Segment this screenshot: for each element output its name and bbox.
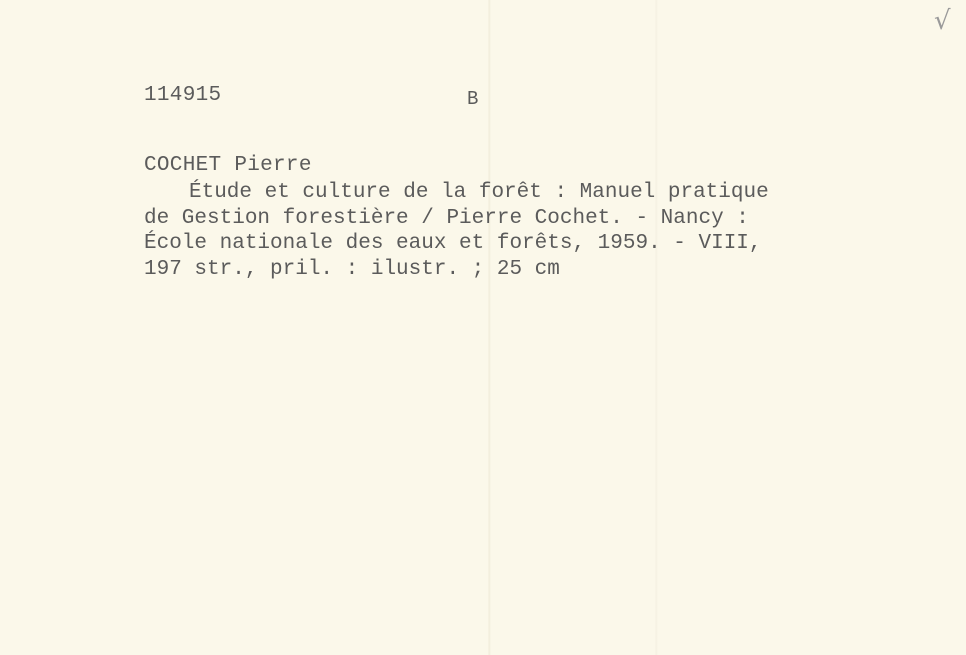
- check-mark: √: [934, 6, 951, 36]
- description-line: Étude et culture de la forêt : Manuel pr…: [144, 180, 769, 206]
- author-heading: COCHET Pierre: [144, 154, 312, 177]
- description-line: de Gestion forestière / Pierre Cochet. -…: [144, 206, 769, 232]
- description-line: École nationale des eaux et forêts, 1959…: [144, 231, 769, 257]
- catalog-card: √ 114915 B COCHET Pierre Étude et cultur…: [0, 0, 966, 655]
- description-line: 197 str., pril. : ilustr. ; 25 cm: [144, 257, 769, 283]
- location-code: B: [467, 88, 479, 110]
- bibliographic-description: Étude et culture de la forêt : Manuel pr…: [144, 180, 769, 282]
- accession-number: 114915: [144, 84, 221, 107]
